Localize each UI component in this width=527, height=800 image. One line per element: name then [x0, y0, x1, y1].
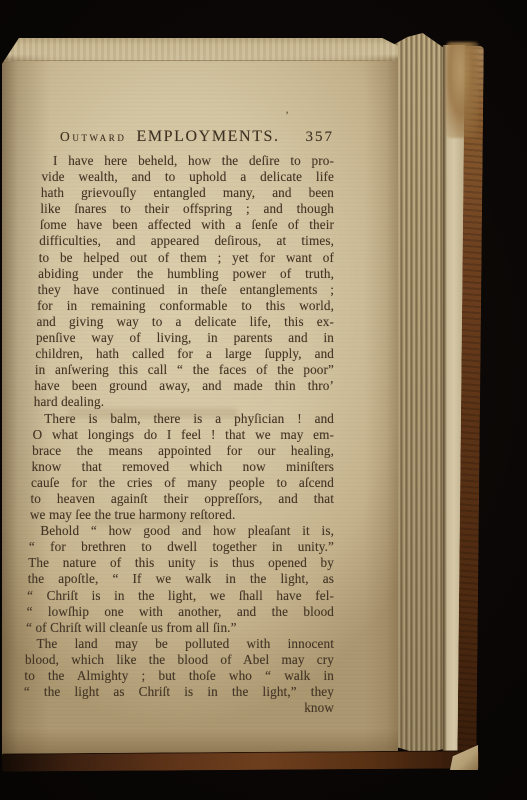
running-header-left: OutwardEMPLOYMENTS. — [60, 126, 280, 148]
text-line: know that removed which now miniſters — [32, 459, 334, 475]
text-line: abiding under the humbling power of trut… — [38, 266, 334, 282]
text-line: “ lowſhip one with another, and the bloo… — [27, 604, 334, 620]
text-line: The nature of this unity is thus opened … — [28, 555, 334, 571]
text-line: “ for brethren to dwell together in unit… — [29, 539, 334, 555]
text-line: have been ground away, and made thin thr… — [34, 378, 334, 394]
text-line: in anſwering this call “ the faces of th… — [35, 362, 334, 378]
text-line: like ſnares to their offspring ; and tho… — [40, 201, 334, 217]
text-line: difficulties, and appeared deſirous, at … — [39, 233, 334, 249]
text-line: The land may be polluted with innocent — [26, 636, 335, 652]
text-line: “ the light as Chriſt is in the light,” … — [24, 684, 334, 700]
text-line: the apoſtle, “ If we walk in the light, … — [28, 571, 334, 587]
text-line: penſive way of living, in parents and in — [36, 330, 334, 346]
catchword: know — [23, 700, 334, 716]
text-line: O what longings do I feel ! that we may … — [33, 427, 334, 443]
text-body: I have here beheld, how the deſire to pr… — [42, 153, 334, 716]
text-line: ſome have been affected with a ſenſe of … — [40, 217, 334, 233]
stray-ink-mark: ’ — [285, 108, 289, 123]
book-page: ’ OutwardEMPLOYMENTS. 357 I have here be… — [2, 38, 398, 755]
text-line: brace the means appointed for our healin… — [32, 443, 334, 459]
book-cover-worn-patch — [446, 42, 479, 138]
text-line: hard dealing. — [34, 394, 334, 410]
text-line: “ Chriſt is in the light, we ſhall have … — [27, 588, 334, 604]
text-line: Behold “ how good and how pleaſant it is… — [29, 523, 334, 539]
text-line: cauſe for the cries of many people to aſ… — [31, 475, 334, 491]
text-line: I have here beheld, how the deſire to pr… — [42, 153, 334, 169]
running-header: OutwardEMPLOYMENTS. 357 — [60, 126, 334, 148]
running-header-section: Outward — [60, 129, 126, 144]
text-line: we may ſee the true harmony reſtored. — [30, 507, 334, 523]
page-text: OutwardEMPLOYMENTS. 357 I have here behe… — [42, 126, 334, 716]
text-line: to heaven againſt their oppreſſors, and … — [30, 491, 334, 507]
text-line: children, hath called for a large ſupply… — [35, 346, 334, 362]
text-line: vide wealth, and to uphold a delicate li… — [41, 169, 334, 185]
text-line: to be helped out of them ; yet for want … — [39, 250, 334, 266]
text-line: “ of Chriſt will cleanſe us from all ſin… — [26, 620, 334, 636]
text-line: There is balm, there is a phyſician ! an… — [33, 411, 334, 427]
running-header-title: EMPLOYMENTS. — [136, 128, 279, 145]
photo-background: { "page": { "header": { "section": "Outw… — [0, 0, 527, 800]
book-cover-bottom-edge — [2, 750, 479, 771]
page-number: 357 — [306, 126, 335, 148]
book-fore-edge-pages — [393, 33, 444, 754]
text-line: for in remaining conformable to this wor… — [37, 298, 334, 314]
text-line: blood, which like the blood of Abel may … — [25, 652, 334, 668]
text-line: they have continued in theſe entanglemen… — [38, 282, 334, 298]
text-line: to the Almighty ; but thoſe who “ walk i… — [24, 668, 334, 684]
text-line: and giving way to a delicate life, this … — [37, 314, 335, 330]
text-line: hath grievouſly entangled many, and been — [41, 185, 334, 201]
